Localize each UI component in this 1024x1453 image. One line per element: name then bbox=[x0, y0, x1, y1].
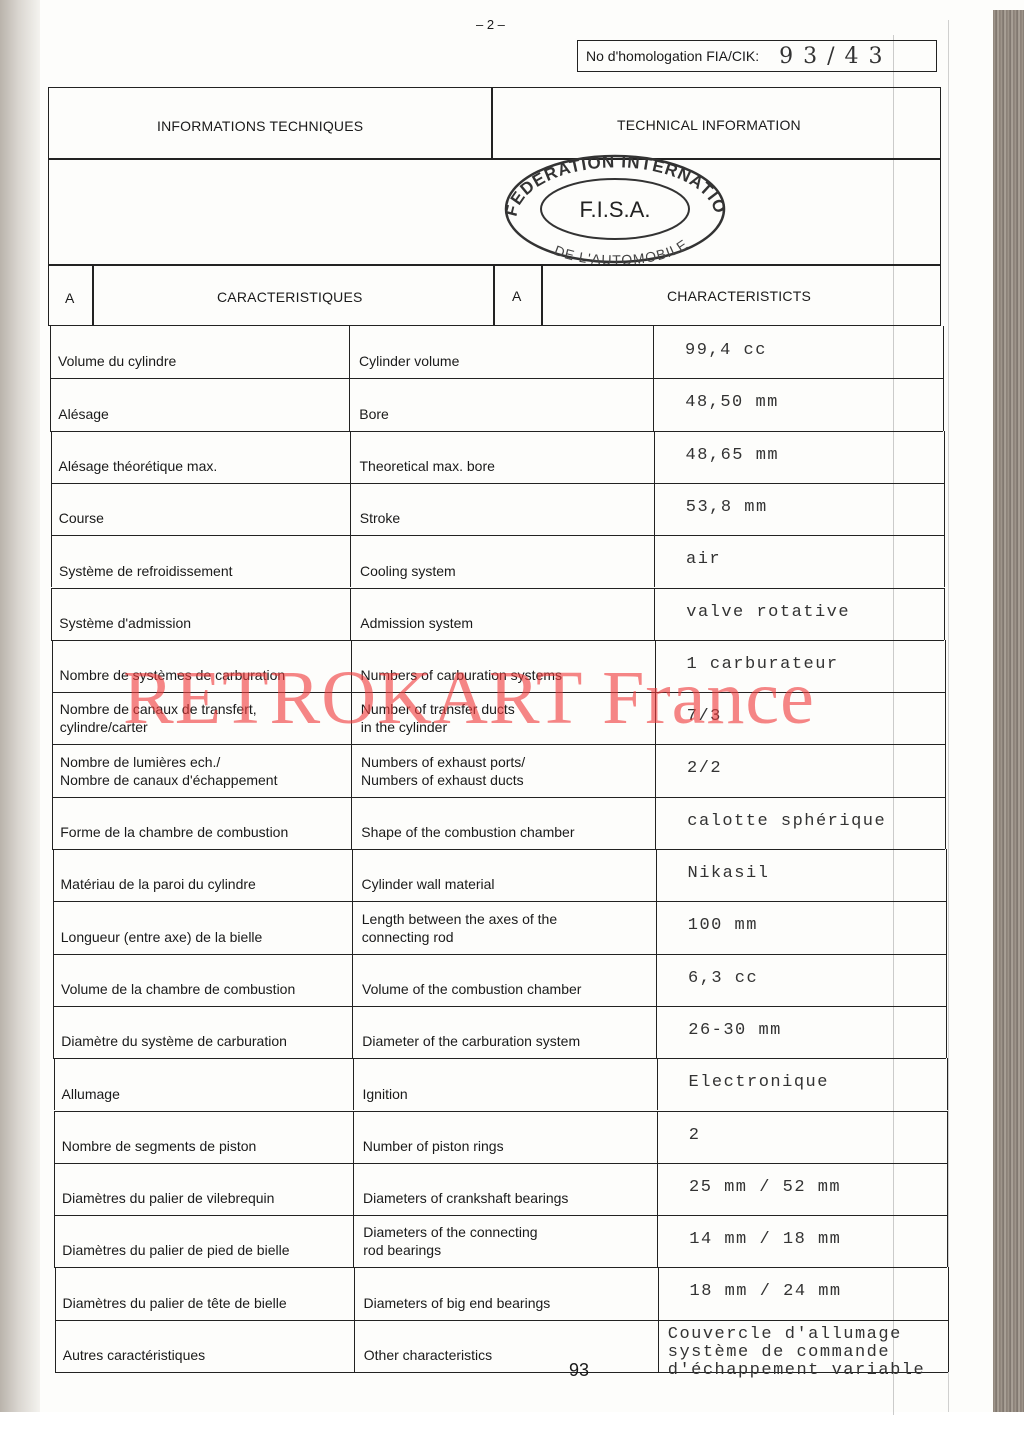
column-divider bbox=[50, 326, 51, 378]
label-fr: Allumage bbox=[62, 1085, 120, 1103]
label-fr: Alésage bbox=[58, 405, 109, 423]
column-divider bbox=[655, 744, 656, 796]
label-en: Diameters of big end bearings bbox=[364, 1294, 551, 1312]
label-fr: Alésage théorétique max. bbox=[59, 457, 218, 475]
row-divider bbox=[53, 1058, 946, 1059]
value-typed: 18 mm / 24 mm bbox=[690, 1283, 842, 1301]
column-divider bbox=[655, 797, 656, 849]
homologation-number: 93/43 bbox=[779, 44, 892, 69]
column-divider bbox=[658, 1320, 659, 1372]
label-fr: Diamètres du palier de pied de bielle bbox=[62, 1241, 289, 1259]
value-typed: 48,65 mm bbox=[686, 447, 780, 465]
column-divider bbox=[352, 849, 353, 901]
column-divider bbox=[52, 692, 53, 744]
column-divider bbox=[653, 378, 654, 430]
value-typed: 99,4 cc bbox=[685, 342, 767, 360]
label-en: Admission system bbox=[360, 614, 473, 632]
column-divider bbox=[654, 588, 655, 640]
column-divider bbox=[946, 1006, 947, 1058]
value-typed: air bbox=[686, 551, 721, 569]
column-divider bbox=[350, 535, 351, 587]
column-divider bbox=[354, 1267, 355, 1319]
column-divider bbox=[657, 1058, 658, 1110]
homologation-box: No d'homologation FIA/CIK: 93/43 bbox=[577, 40, 937, 72]
column-divider bbox=[55, 1267, 56, 1319]
value-typed: 26-30 mm bbox=[688, 1022, 782, 1040]
label-en: Numbers of exhaust ports/ Numbers of exh… bbox=[361, 753, 525, 789]
column-divider bbox=[943, 326, 944, 378]
label-fr: Longueur (entre axe) de la bielle bbox=[61, 928, 263, 946]
row-divider bbox=[51, 535, 944, 536]
row-divider bbox=[52, 849, 945, 850]
column-divider bbox=[53, 954, 54, 1006]
column-divider bbox=[53, 849, 54, 901]
fisa-stamp-icon: FEDERATION INTERNATIONALE DE L'AUTOMOBIL… bbox=[503, 152, 727, 266]
column-divider bbox=[353, 1215, 354, 1267]
scanned-page: – 2 – No d'homologation FIA/CIK: 93/43 I… bbox=[0, 0, 1024, 1412]
row-divider bbox=[52, 797, 945, 798]
column-divider bbox=[947, 1111, 948, 1163]
label-fr: Course bbox=[59, 509, 104, 527]
row-divider bbox=[54, 1267, 947, 1268]
column-divider bbox=[945, 744, 946, 796]
column-divider bbox=[54, 1215, 55, 1267]
label-en: Stroke bbox=[360, 509, 400, 527]
column-divider bbox=[54, 1111, 55, 1163]
value-typed: Nikasil bbox=[688, 865, 770, 883]
column-divider bbox=[947, 1058, 948, 1110]
scan-shadow-left bbox=[0, 0, 40, 1412]
label-en: Diameter of the carburation system bbox=[362, 1032, 580, 1050]
label-fr: Nombre de lumières ech./ Nombre de canau… bbox=[60, 753, 277, 789]
row-divider bbox=[54, 1215, 947, 1216]
column-divider bbox=[53, 1006, 54, 1058]
section-right-title: CHARACTERISTICTS bbox=[667, 288, 811, 304]
label-en: Cooling system bbox=[360, 562, 456, 580]
column-divider bbox=[653, 326, 654, 378]
label-fr: Autres caractéristiques bbox=[63, 1346, 205, 1364]
column-divider bbox=[656, 849, 657, 901]
value-typed: Electronique bbox=[689, 1074, 829, 1092]
column-divider bbox=[54, 1058, 55, 1110]
column-divider bbox=[52, 744, 53, 796]
section-left-title: CARACTERISTIQUES bbox=[217, 289, 363, 305]
label-en: Shape of the combustion chamber bbox=[361, 823, 574, 841]
column-divider bbox=[948, 1320, 949, 1372]
column-divider bbox=[354, 1320, 355, 1372]
row-divider bbox=[51, 588, 944, 589]
column-divider bbox=[54, 1163, 55, 1215]
column-divider bbox=[656, 1006, 657, 1058]
column-divider bbox=[353, 1111, 354, 1163]
page-marker: – 2 – bbox=[476, 17, 505, 32]
column-divider bbox=[948, 1267, 949, 1319]
column-divider bbox=[352, 1006, 353, 1058]
svg-text:DE L'AUTOMOBILE: DE L'AUTOMOBILE bbox=[552, 236, 691, 266]
value-typed: Couvercle d'allumage système de commande… bbox=[668, 1326, 925, 1380]
column-divider bbox=[945, 640, 946, 692]
label-fr: Nombre de canaux de transfert, cylindre/… bbox=[60, 700, 257, 736]
label-en: Other characteristics bbox=[364, 1346, 492, 1364]
value-typed: 100 mm bbox=[688, 917, 758, 935]
scan-guide-line bbox=[948, 20, 949, 1412]
column-divider bbox=[350, 431, 351, 483]
column-divider bbox=[943, 378, 944, 430]
column-divider bbox=[53, 901, 54, 953]
column-divider bbox=[51, 535, 52, 587]
row-divider bbox=[50, 378, 943, 379]
label-en: Diameters of crankshaft bearings bbox=[363, 1189, 568, 1207]
row-divider bbox=[50, 431, 943, 432]
label-fr: Forme de la chambre de combustion bbox=[60, 823, 288, 841]
label-fr: Nombre de systèmes de carburation bbox=[60, 666, 286, 684]
column-divider bbox=[350, 483, 351, 535]
label-en: Number of transfer ducts in the cylinder bbox=[361, 700, 515, 736]
column-divider bbox=[657, 1111, 658, 1163]
label-en: Volume of the combustion chamber bbox=[362, 980, 581, 998]
label-en: Length between the axes of the connectin… bbox=[362, 910, 557, 946]
label-en: Diameters of the connecting rod bearings bbox=[363, 1223, 537, 1259]
column-divider bbox=[51, 431, 52, 483]
svg-text:F.I.S.A.: F.I.S.A. bbox=[580, 197, 651, 222]
column-divider bbox=[351, 692, 352, 744]
column-divider bbox=[350, 588, 351, 640]
column-divider bbox=[656, 901, 657, 953]
row-divider bbox=[53, 901, 946, 902]
label-en: Theoretical max. bore bbox=[360, 457, 495, 475]
label-fr: Matériau de la paroi du cylindre bbox=[61, 875, 256, 893]
column-divider bbox=[944, 431, 945, 483]
column-divider bbox=[944, 535, 945, 587]
label-fr: Système d'admission bbox=[59, 614, 191, 632]
value-typed: valve rotative bbox=[686, 604, 850, 622]
column-divider bbox=[946, 849, 947, 901]
row-divider bbox=[54, 1163, 947, 1164]
label-fr: Diamètre du système de carburation bbox=[61, 1032, 287, 1050]
column-divider bbox=[352, 901, 353, 953]
column-divider bbox=[655, 692, 656, 744]
column-divider bbox=[944, 483, 945, 535]
column-divider bbox=[351, 744, 352, 796]
value-typed: 2/2 bbox=[687, 760, 722, 778]
label-fr: Volume de la chambre de combustion bbox=[61, 980, 295, 998]
column-divider bbox=[947, 1215, 948, 1267]
label-fr: Diamètres du palier de tête de bielle bbox=[63, 1294, 287, 1312]
column-divider bbox=[352, 954, 353, 1006]
header-right-title: TECHNICAL INFORMATION bbox=[617, 117, 801, 133]
column-divider bbox=[51, 588, 52, 640]
label-en: Ignition bbox=[363, 1085, 408, 1103]
column-divider bbox=[51, 483, 52, 535]
column-divider bbox=[944, 588, 945, 640]
footer-page-number: 93 bbox=[569, 1360, 589, 1381]
column-divider bbox=[656, 954, 657, 1006]
column-divider bbox=[654, 483, 655, 535]
row-divider bbox=[55, 1320, 948, 1321]
row-divider bbox=[51, 640, 944, 641]
label-fr: Volume du cylindre bbox=[58, 352, 176, 370]
column-divider bbox=[351, 797, 352, 849]
section-right-letter: A bbox=[512, 288, 522, 304]
column-divider bbox=[654, 535, 655, 587]
column-divider bbox=[945, 692, 946, 744]
value-typed: 1 carburateur bbox=[687, 656, 839, 674]
label-en: Bore bbox=[359, 405, 389, 423]
stamp-row bbox=[48, 158, 941, 266]
value-typed: 2 bbox=[689, 1127, 701, 1145]
value-typed: 48,50 mm bbox=[685, 394, 779, 412]
column-divider bbox=[353, 1058, 354, 1110]
column-divider bbox=[947, 1163, 948, 1215]
value-typed: 53,8 mm bbox=[686, 499, 768, 517]
homologation-label: No d'homologation FIA/CIK: bbox=[586, 48, 759, 64]
header-left-title: INFORMATIONS TECHNIQUES bbox=[157, 118, 363, 134]
label-en: Cylinder volume bbox=[359, 352, 459, 370]
value-typed: 7/3 bbox=[687, 708, 722, 726]
column-divider bbox=[55, 1320, 56, 1372]
column-divider bbox=[349, 326, 350, 378]
label-fr: Nombre de segments de piston bbox=[62, 1137, 257, 1155]
column-divider bbox=[353, 1163, 354, 1215]
row-divider bbox=[54, 1111, 947, 1112]
column-divider bbox=[50, 378, 51, 430]
column-divider bbox=[351, 640, 352, 692]
row-divider bbox=[53, 1006, 946, 1007]
column-divider bbox=[657, 1163, 658, 1215]
label-fr: Diamètres du palier de vilebrequin bbox=[62, 1189, 274, 1207]
row-divider bbox=[53, 954, 946, 955]
value-typed: 25 mm / 52 mm bbox=[689, 1179, 841, 1197]
column-divider bbox=[658, 1267, 659, 1319]
column-divider bbox=[945, 797, 946, 849]
label-en: Number of piston rings bbox=[363, 1137, 504, 1155]
scan-shadow-right bbox=[993, 10, 1024, 1412]
column-divider bbox=[52, 797, 53, 849]
column-divider bbox=[654, 431, 655, 483]
label-en: Cylinder wall material bbox=[362, 875, 495, 893]
value-typed: 14 mm / 18 mm bbox=[689, 1231, 841, 1249]
label-fr: Système de refroidissement bbox=[59, 562, 233, 580]
value-typed: calotte sphérique bbox=[687, 813, 886, 831]
column-divider bbox=[657, 1215, 658, 1267]
column-divider bbox=[946, 954, 947, 1006]
column-divider bbox=[655, 640, 656, 692]
label-en: Numbers of carburation systems bbox=[361, 666, 563, 684]
section-left-letter: A bbox=[65, 290, 75, 306]
value-typed: 6,3 cc bbox=[688, 970, 758, 988]
column-divider bbox=[946, 901, 947, 953]
row-divider bbox=[52, 744, 945, 745]
column-divider bbox=[349, 378, 350, 430]
column-divider bbox=[52, 640, 53, 692]
row-divider bbox=[51, 483, 944, 484]
row-divider bbox=[52, 692, 945, 693]
